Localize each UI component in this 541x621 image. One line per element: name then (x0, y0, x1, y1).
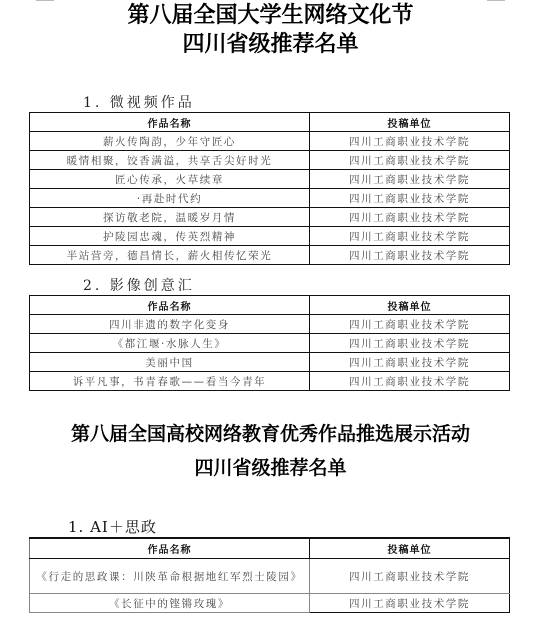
table-header-row: 作品名称 投稿单位 (30, 538, 510, 559)
column-header-work-name: 作品名称 (30, 296, 310, 315)
work-name: 护陵园忠魂，传英烈精神 (30, 227, 310, 246)
table-row: 《行走的思政课：川陕革命根据地红军烈士陵园》 四川工商职业技术学院 (30, 559, 510, 594)
table-header-row: 作品名称 投稿单位 (30, 296, 510, 315)
submitting-unit: 四川工商职业技术学院 (310, 315, 510, 334)
table-row: 美丽中国 四川工商职业技术学院 (30, 353, 510, 372)
table-row: 匠心传承，火草续章 四川工商职业技术学院 (30, 170, 510, 189)
page-corner-mark-left (36, 0, 54, 1)
title-1-line-1: 第八届全国大学生网络文化节 (0, 2, 541, 30)
submitting-unit: 四川工商职业技术学院 (310, 189, 510, 208)
column-header-submitting-unit: 投稿单位 (310, 538, 510, 559)
submitting-unit: 四川工商职业技术学院 (310, 334, 510, 353)
table-header-row: 作品名称 投稿单位 (30, 113, 510, 132)
work-name: 探访敬老院，温暖岁月情 (30, 208, 310, 227)
submitting-unit: 四川工商职业技术学院 (310, 559, 510, 594)
title-2-line-1: 第八届全国高校网络教育优秀作品推选展示活动 (0, 421, 541, 447)
work-name: 半站营旁，德昌情长，薪火相传忆荣光 (30, 246, 310, 265)
table-row: 诉平凡事，书青春歌——看当今青年 四川工商职业技术学院 (30, 372, 510, 391)
work-name: 四川非遗的数字化变身 (30, 315, 310, 334)
section-heading-image-creativity: 2. 影像创意汇 (83, 275, 195, 295)
submitting-unit: 四川工商职业技术学院 (310, 132, 510, 151)
column-header-work-name: 作品名称 (30, 538, 310, 559)
table-row: 四川非遗的数字化变身 四川工商职业技术学院 (30, 315, 510, 334)
column-header-submitting-unit: 投稿单位 (310, 296, 510, 315)
table-micro-video: 作品名称 投稿单位 薪火传陶韵，少年守匠心 四川工商职业技术学院 暖情相聚，饺香… (29, 112, 510, 265)
table-image-creativity: 作品名称 投稿单位 四川非遗的数字化变身 四川工商职业技术学院 《都江堰·水脉人… (29, 295, 510, 391)
work-name: 暖情相聚，饺香满溢，共享舌尖好时光 (30, 151, 310, 170)
page-corner-mark-right (487, 0, 505, 1)
work-name: 匠心传承，火草续章 (30, 170, 310, 189)
table-row: 暖情相聚，饺香满溢，共享舌尖好时光 四川工商职业技术学院 (30, 151, 510, 170)
table-row: 探访敬老院，温暖岁月情 四川工商职业技术学院 (30, 208, 510, 227)
column-header-submitting-unit: 投稿单位 (310, 113, 510, 132)
table-row: 半站营旁，德昌情长，薪火相传忆荣光 四川工商职业技术学院 (30, 246, 510, 265)
submitting-unit: 四川工商职业技术学院 (310, 227, 510, 246)
submitting-unit: 四川工商职业技术学院 (310, 170, 510, 189)
table-row: 《都江堰·水脉人生》 四川工商职业技术学院 (30, 334, 510, 353)
table-row: 薪火传陶韵，少年守匠心 四川工商职业技术学院 (30, 132, 510, 151)
table-ai-ideology: 作品名称 投稿单位 《行走的思政课：川陕革命根据地红军烈士陵园》 四川工商职业技… (29, 537, 510, 613)
work-name: 《都江堰·水脉人生》 (30, 334, 310, 353)
table-row: 《长征中的铿锵玫瑰》 四川工商职业技术学院 (30, 594, 510, 613)
submitting-unit: 四川工商职业技术学院 (310, 372, 510, 391)
column-header-work-name: 作品名称 (30, 113, 310, 132)
submitting-unit: 四川工商职业技术学院 (310, 208, 510, 227)
submitting-unit: 四川工商职业技术学院 (310, 594, 510, 613)
work-name: 诉平凡事，书青春歌——看当今青年 (30, 372, 310, 391)
title-1-line-2: 四川省级推荐名单 (0, 31, 541, 59)
work-name: 《长征中的铿锵玫瑰》 (30, 594, 310, 613)
submitting-unit: 四川工商职业技术学院 (310, 151, 510, 170)
work-name: 《行走的思政课：川陕革命根据地红军烈士陵园》 (30, 559, 310, 594)
work-name: 美丽中国 (30, 353, 310, 372)
title-2-line-2: 四川省级推荐名单 (0, 455, 541, 481)
section-heading-ai-ideology: 1. AI＋思政 (68, 516, 157, 537)
submitting-unit: 四川工商职业技术学院 (310, 246, 510, 265)
table-row: 护陵园忠魂，传英烈精神 四川工商职业技术学院 (30, 227, 510, 246)
section-heading-micro-video: 1. 微视频作品 (83, 92, 195, 112)
submitting-unit: 四川工商职业技术学院 (310, 353, 510, 372)
work-name: ·再赴时代约 (30, 189, 310, 208)
work-name: 薪火传陶韵，少年守匠心 (30, 132, 310, 151)
table-row: ·再赴时代约 四川工商职业技术学院 (30, 189, 510, 208)
